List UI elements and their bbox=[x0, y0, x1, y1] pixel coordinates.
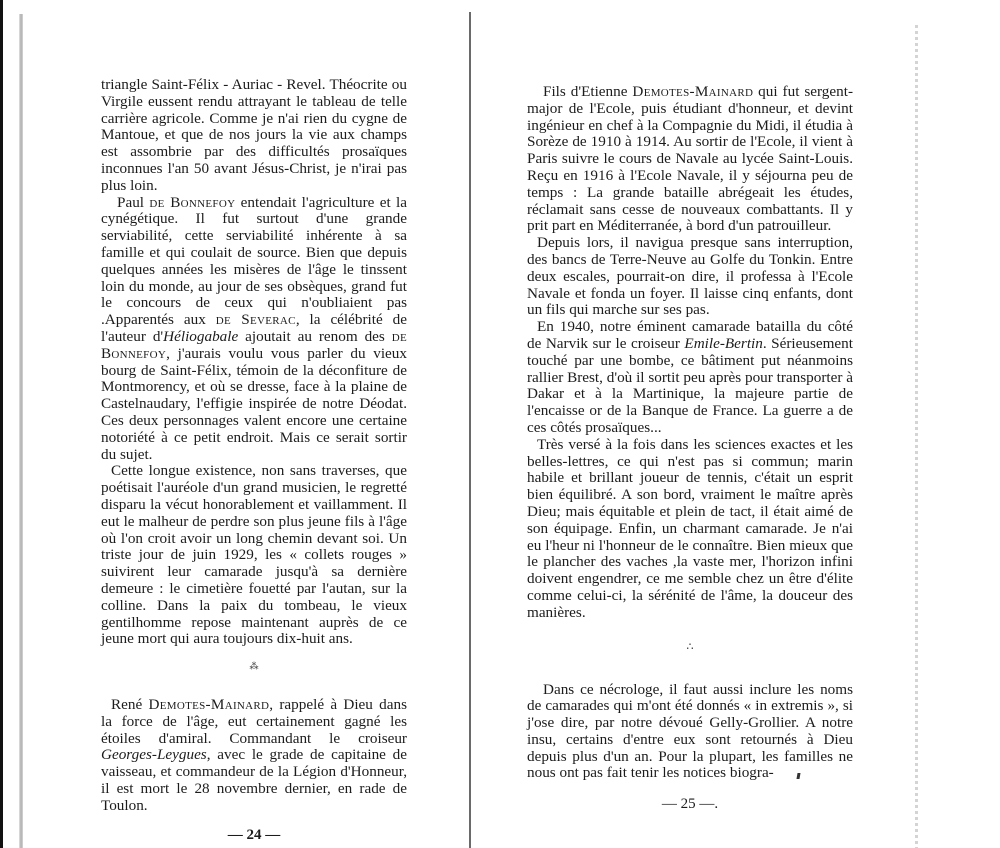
work-title: Héliogabale bbox=[163, 328, 238, 345]
text-run: entendait l'agriculture et la cynégétiqu… bbox=[101, 194, 407, 329]
ship-name: Georges-Leygues bbox=[101, 746, 207, 763]
left-page: triangle Saint-Félix - Auriac - Revel. T… bbox=[101, 0, 407, 843]
text-run: qui fut sergent-major de l'Ecole, puis é… bbox=[527, 83, 853, 234]
text-run: , j'aurais voulu vous parler du vieux bo… bbox=[101, 345, 407, 463]
book-spine-gutter bbox=[469, 12, 471, 848]
section-separator: ⁂ bbox=[101, 662, 407, 671]
page-fold-shadow-right bbox=[915, 25, 918, 848]
person-name: de Severac bbox=[216, 311, 296, 328]
ship-name: Emile-Bertin bbox=[684, 335, 762, 352]
right-page: Fils d'Etienne Demotes-Mainard qui fut s… bbox=[527, 0, 853, 813]
paragraph: Depuis lors, il navigua presque sans int… bbox=[527, 235, 853, 319]
person-name: Demotes-Mainard bbox=[148, 696, 269, 713]
page-number: — 24 — bbox=[101, 827, 407, 844]
section-separator: ∴ bbox=[527, 642, 853, 652]
text-run: ajoutait au renom des bbox=[238, 328, 392, 345]
text-run: Fils d'Etienne bbox=[543, 83, 632, 100]
paragraph: triangle Saint-Félix - Auriac - Revel. T… bbox=[101, 77, 407, 195]
text-run: René bbox=[111, 696, 148, 713]
paragraph: En 1940, notre éminent camarade bataillа… bbox=[527, 319, 853, 437]
page-number: — 25 —. bbox=[527, 796, 853, 813]
paragraph: René Demotes-Mainard, rappelé à Dieu dan… bbox=[101, 697, 407, 815]
right-page-text: Fils d'Etienne Demotes-Mainard qui fut s… bbox=[527, 0, 853, 813]
text-run: Paul bbox=[117, 194, 149, 211]
paragraph: Paul de Bonnefoy entendait l'agriculture… bbox=[101, 195, 407, 464]
paragraph: Très versé à la fois dans les sciences e… bbox=[527, 437, 853, 622]
page-fold-shadow-left bbox=[19, 14, 23, 848]
person-name: de Bonnefoy bbox=[149, 194, 235, 211]
left-page-text: triangle Saint-Félix - Auriac - Revel. T… bbox=[101, 0, 407, 843]
paragraph: Cette longue existence, non sans travers… bbox=[101, 463, 407, 648]
paragraph: Dans ce nécrologe, il faut aussi inclure… bbox=[527, 682, 853, 783]
paragraph: Fils d'Etienne Demotes-Mainard qui fut s… bbox=[527, 84, 853, 235]
person-name: Demotes-Mainard bbox=[632, 83, 753, 100]
scan-left-border bbox=[0, 0, 3, 848]
